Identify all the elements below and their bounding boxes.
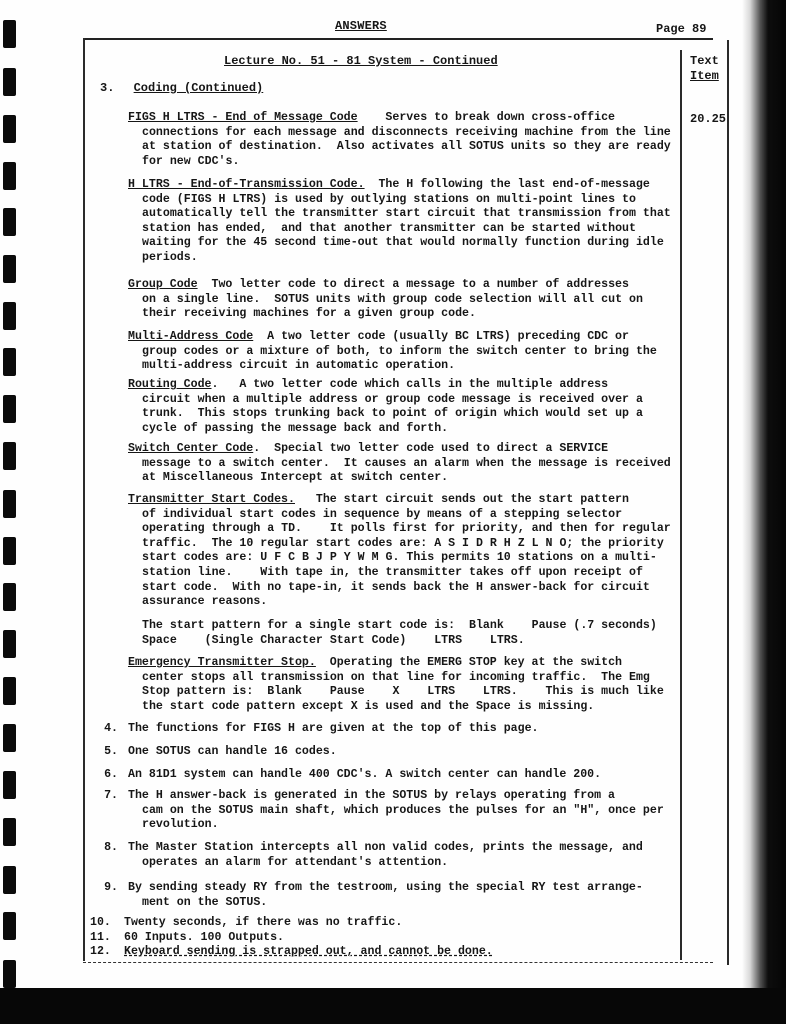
- section-heading: 3. Coding (Continued): [100, 81, 263, 95]
- code-entry: Transmitter Start Codes. The start circu…: [128, 493, 680, 610]
- code-description: center stops all transmission on that li…: [128, 671, 680, 715]
- answer-item: 10.Twenty seconds, if there was no traff…: [90, 916, 676, 931]
- answer-number: 5.: [94, 745, 118, 760]
- code-description: connections for each message and disconn…: [128, 126, 680, 170]
- code-first-line: Two letter code to direct a message to a…: [198, 278, 629, 291]
- answer-text: The H answer-back is generated in the SO…: [128, 789, 615, 802]
- section-number: 3.: [100, 81, 114, 95]
- code-first-line: The start circuit sends out the start pa…: [295, 493, 629, 506]
- answer-item: 5.One SOTUS can handle 16 codes.: [94, 745, 680, 760]
- answer-text: Keyboard sending is strapped out, and ca…: [124, 945, 493, 958]
- code-first-line: The H following the last end-of-message: [365, 178, 650, 191]
- code-entry: Group Code Two letter code to direct a m…: [128, 278, 680, 322]
- page-header-title: ANSWERS: [335, 19, 387, 33]
- answer-text: The Master Station intercepts all non va…: [128, 841, 643, 854]
- answer-continuation: cam on the SOTUS main shaft, which produ…: [94, 804, 680, 833]
- text-item-column-heading: Text Item: [690, 54, 719, 84]
- scan-edge-shadow: [742, 0, 786, 1024]
- answer-number: 9.: [94, 881, 118, 896]
- code-term: Switch Center Code: [128, 442, 253, 455]
- scan-bottom-border: [0, 988, 786, 1024]
- code-entry: Routing Code. A two letter code which ca…: [128, 378, 680, 436]
- column-divider: [680, 50, 682, 960]
- code-term: H LTRS - End-of-Transmission Code.: [128, 178, 365, 191]
- code-first-line: . A two letter code which calls in the m…: [212, 378, 609, 391]
- answer-text: One SOTUS can handle 16 codes.: [128, 745, 337, 758]
- answer-text: The functions for FIGS H are given at th…: [128, 722, 539, 735]
- answer-item: 7.The H answer-back is generated in the …: [94, 789, 680, 833]
- answer-item: 12.Keyboard sending is strapped out, and…: [90, 945, 676, 960]
- answer-item: 9.By sending steady RY from the testroom…: [94, 881, 680, 910]
- code-description: code (FIGS H LTRS) is used by outlying s…: [128, 193, 680, 266]
- code-first-line: A two letter code (usually BC LTRS) prec…: [253, 330, 629, 343]
- answer-item: 11.60 Inputs. 100 Outputs.: [90, 931, 676, 946]
- code-term: FIGS H LTRS - End of Message Code: [128, 111, 358, 124]
- answer-number: 6.: [94, 768, 118, 783]
- code-description: of individual start codes in sequence by…: [128, 508, 680, 610]
- answer-item: 4.The functions for FIGS H are given at …: [94, 722, 680, 737]
- answer-text: By sending steady RY from the testroom, …: [128, 881, 643, 894]
- frame-right-rule: [727, 40, 729, 965]
- lecture-title: Lecture No. 51 - 81 System - Continued: [224, 54, 498, 68]
- answer-text: 60 Inputs. 100 Outputs.: [124, 931, 284, 944]
- code-entry: H LTRS - End-of-Transmission Code. The H…: [128, 178, 680, 266]
- code-first-line: Serves to break down cross-office: [358, 111, 615, 124]
- answer-continuation: ment on the SOTUS.: [94, 896, 680, 911]
- code-description: circuit when a multiple address or group…: [128, 393, 680, 437]
- start-pattern-text: The start pattern for a single start cod…: [142, 619, 664, 647]
- code-first-line: Operating the EMERG STOP key at the swit…: [316, 656, 622, 669]
- answer-number: 8.: [94, 841, 118, 856]
- answer-number: 11.: [90, 931, 124, 946]
- answer-number: 7.: [94, 789, 118, 804]
- answer-item: 6.An 81D1 system can handle 400 CDC's. A…: [94, 768, 680, 783]
- page-number: Page 89: [656, 22, 706, 36]
- code-term: Transmitter Start Codes.: [128, 493, 295, 506]
- answer-text: Twenty seconds, if there was no traffic.: [124, 916, 402, 929]
- code-entry: Emergency Transmitter Stop. Operating th…: [128, 656, 680, 714]
- answer-number: 10.: [90, 916, 124, 931]
- code-description: group codes or a mixture of both, to inf…: [128, 345, 680, 374]
- text-item-heading-line1: Text: [690, 54, 719, 69]
- code-entry: Switch Center Code. Special two letter c…: [128, 442, 680, 486]
- code-term: Multi-Address Code: [128, 330, 253, 343]
- code-term: Emergency Transmitter Stop.: [128, 656, 316, 669]
- code-description: message to a switch center. It causes an…: [128, 457, 680, 486]
- text-item-heading-line2: Item: [690, 69, 719, 84]
- code-term: Routing Code: [128, 378, 212, 391]
- answer-continuation: operates an alarm for attendant's attent…: [94, 856, 680, 871]
- code-first-line: . Special two letter code used to direct…: [253, 442, 608, 455]
- section-label: Coding (Continued): [134, 81, 264, 95]
- binder-punch-holes: [3, 0, 19, 1000]
- answer-text: An 81D1 system can handle 400 CDC's. A s…: [128, 768, 601, 781]
- start-pattern-note: The start pattern for a single start cod…: [142, 619, 680, 648]
- answer-item: 8.The Master Station intercepts all non …: [94, 841, 680, 870]
- code-entry: FIGS H LTRS - End of Message Code Serves…: [128, 111, 680, 169]
- code-term: Group Code: [128, 278, 198, 291]
- code-entry: Multi-Address Code A two letter code (us…: [128, 330, 680, 374]
- frame-left-rule: [83, 38, 85, 961]
- answer-number: 12.: [90, 945, 124, 960]
- answer-number: 4.: [94, 722, 118, 737]
- code-description: on a single line. SOTUS units with group…: [128, 293, 680, 322]
- text-item-reference: 20.25: [690, 112, 726, 126]
